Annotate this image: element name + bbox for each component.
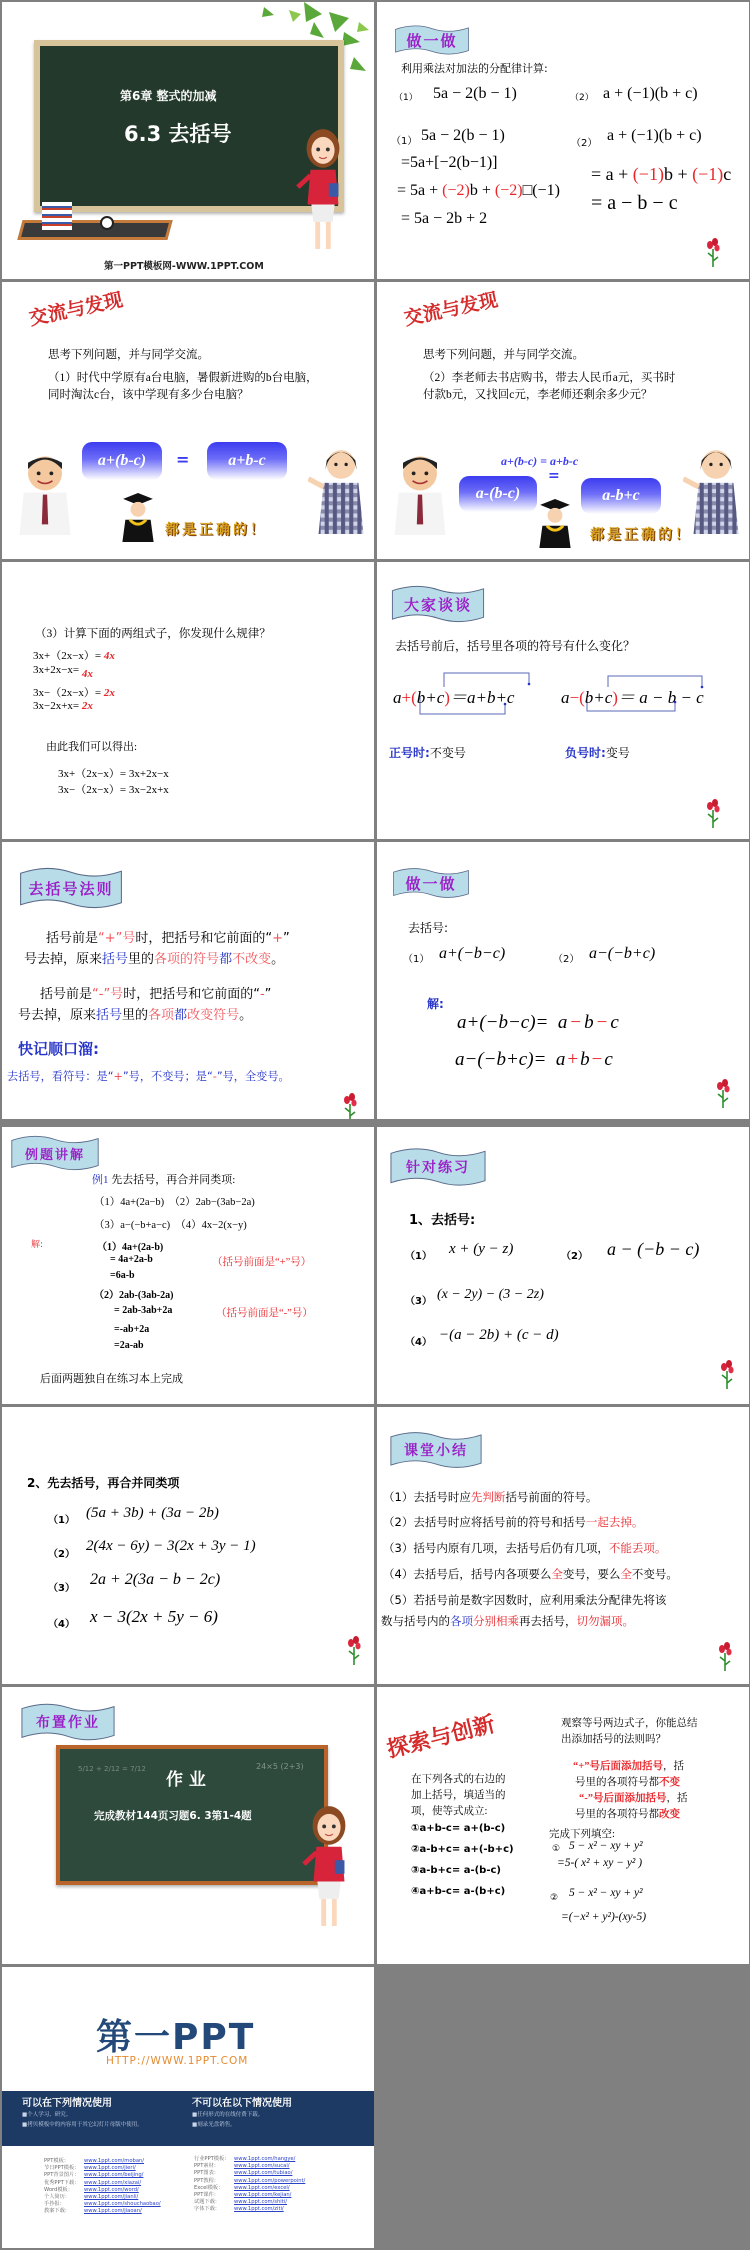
chapter-title: 第6章 整式的加减 [120, 87, 217, 104]
answer-2-line-1: = a + (−1)b + (−1)c [591, 164, 731, 185]
logo: 第一PPT [96, 2009, 255, 2060]
answer-1: a+(−b−c)= a−b−c [457, 1012, 619, 1034]
slide-practice-distributive[interactable]: 做一做 利用乘法对加法的分配律计算: （1） 5a − 2(b − 1) （2）… [377, 2, 749, 279]
question-line-2: 同时淘汰c台，该中学现有多少台电脑？ [48, 386, 249, 402]
item-3-expr: 2a + 2(3a − b − 2c) [90, 1571, 220, 1589]
question-line-2: 付款b元，又找回c元，李老师还剩余多少元？ [423, 386, 652, 402]
item-2-label: （2） [561, 1247, 588, 1262]
question-2: a−(−b+c) [589, 945, 655, 963]
summary-point-5-line-1: （5）若括号前是数字因数时，应利用乘法分配律先将该 [383, 1592, 666, 1608]
example-items-row-1: （1）4a+(2a−b) （2）2ab−(3ab−2a) [94, 1194, 255, 1209]
fill-in-title: 完成下列填空: [549, 1826, 615, 1841]
tulip-icon [342, 1092, 358, 1119]
speech-bubble-left: a+(b-c) [82, 442, 162, 480]
slide-practice-remove[interactable]: 做一做 去括号: （1） a+(−b−c) （2） a−(−b+c) 解: a+… [377, 842, 749, 1119]
tulip-icon [705, 237, 721, 269]
summary-point-5-line-2: 数与括号内的各项分别相乘再去括号，切勿漏项。 [381, 1613, 634, 1629]
add-bracket-rule-1-line-1: “+”号后面添加括号，括 [573, 1758, 684, 1773]
fill-2-label: ② [550, 1893, 558, 1903]
item-4-label: （4） [405, 1333, 432, 1348]
board-assignment: 完成教材144页习题6. 3第1-4题 [94, 1808, 252, 1823]
item-4-expr: −(a − 2b) + (c − d) [439, 1327, 559, 1344]
links-left: PPT模板：www.1ppt.com/moban/ 节日PPT模板：www.1p… [44, 2158, 161, 2216]
speech-bubble-right: a-b+c [581, 478, 661, 514]
fill-1-line-2: =5-( x² + xy − y² ) [557, 1857, 642, 1869]
add-bracket-rule-1-line-2: 号里的各项符号都不变 [575, 1774, 680, 1789]
slide-discussion[interactable]: 大家谈谈 去括号前后，括号里各项的符号有什么变化？ a+(b+c)＝a+b+c … [377, 562, 749, 839]
item-2-label: （2） [48, 1545, 75, 1560]
item-1-expr: x + (y − z) [449, 1241, 513, 1258]
equation-4: ④a+b-c= a-(b+c) [411, 1886, 505, 1897]
item-1-label: （1） [48, 1511, 75, 1526]
can-use-title: 可以在下列情况使用 [22, 2094, 112, 2109]
footer-website: 第一PPT模板网-WWW.1PPT.COM [104, 258, 264, 272]
solution-label: 解: [31, 1237, 43, 1250]
mnemonic-title: 快记顺口溜: [18, 1038, 99, 1059]
link-row[interactable]: PPT背景图片：www.1ppt.com/beijing/ [44, 2172, 161, 2179]
all-correct-text: 都是正确的！ [165, 519, 267, 539]
can-use-item-1: ■个人学习、研究。 [22, 2110, 71, 2118]
answer-2: a−(−b+c)= a+b−c [455, 1049, 613, 1071]
observe-line-2: 出添加括号的法则吗？ [561, 1731, 666, 1746]
link-row[interactable]: PPT教程：www.1ppt.com/powerpoint/ [194, 2178, 305, 2185]
empty-grid-cell [377, 1967, 750, 2250]
question-1-label: （1） [403, 950, 429, 965]
solution-2-line-2: = 2ab-3ab+2a [114, 1305, 172, 1316]
question-1: a+(−b−c) [439, 945, 505, 963]
tulip-icon [719, 1359, 735, 1391]
question-text: （3）计算下面的两组式子，你发现什么规律？ [35, 625, 271, 641]
conclusion-text: 由此我们可以得出: [46, 738, 137, 754]
banner-example: 例题讲解 [9, 1135, 101, 1171]
summary-point-4: （4）去括号后，括号内各项要么全变号，要么全不变号。 [383, 1566, 678, 1582]
expr-row-3: 3x−（2x−x）= 2x [33, 684, 115, 700]
question-text: 去括号前后，括号里各项的符号有什么变化？ [395, 637, 635, 654]
item-3-expr: (x − 2y) − (3 − 2z) [437, 1287, 544, 1303]
rule-plus-line-1: 括号前是“+”号时，把括号和它前面的“+” [46, 927, 290, 946]
rule-minus-line-1: 括号前是“-”号时，把括号和它前面的“-” [40, 983, 271, 1002]
teacher-illustration [300, 1797, 358, 1937]
item-1-expr: (5a + 3b) + (3a − 2b) [86, 1505, 219, 1522]
question-line-1: （1）时代中学原有a台电脑，暑假新进购的b台电脑， [48, 369, 318, 385]
solution-1-line-2: = 4a+2a-b [110, 1254, 153, 1265]
slide-rules[interactable]: 去括号法则 括号前是“+”号时，把括号和它前面的“+” 号去掉，原来括号里的各项… [2, 842, 374, 1119]
links-right: 行业PPT模板：www.1ppt.com/hangye/ PPT素材：www.1… [194, 2156, 305, 2214]
graduate-illustration [529, 496, 581, 548]
cannot-use-title: 不可以在以下情况使用 [192, 2094, 292, 2109]
solution-2-line-1: （2）2ab-(3ab-2a) [94, 1286, 173, 1301]
teacher-illustration [294, 120, 352, 260]
equals-sign: = [548, 468, 560, 484]
answer-2-line-2: = a − b − c [591, 192, 678, 215]
all-correct-text: 都是正确的！ [590, 524, 692, 544]
tulip-icon [717, 1641, 733, 1673]
equation-plus: a+(b+c)＝a+b+c [393, 683, 514, 708]
answer-2-line-0: a + (−1)(b + c) [607, 127, 702, 145]
solution-2-line-4: =2a-ab [114, 1340, 144, 1351]
boy-illustration [10, 450, 80, 535]
link-row[interactable]: PPT图表：www.1ppt.com/tubiao/ [194, 2170, 305, 2177]
girl-illustration [308, 444, 370, 536]
intro-text: 思考下列问题，并与同学交流。 [423, 346, 584, 362]
question-1: 5a − 2(b − 1) [433, 85, 517, 103]
example-items-row-2: （3）a−(−b+a−c) （4）4x−2(x−y) [94, 1217, 247, 1232]
speech-bubble-left: a-(b-c) [459, 476, 537, 512]
answer-1-line-0: 5a − 2(b − 1) [421, 127, 505, 145]
link-row[interactable]: Word模板：www.1ppt.com/word/ [44, 2187, 161, 2194]
intro-line-3: 项，使等式成立: [411, 1803, 487, 1818]
item-4-expr: x − 3(2x + 5y − 6) [90, 1607, 218, 1627]
summary-point-1: （1）去括号时应先判断括号前面的符号。 [383, 1489, 597, 1505]
answer-1-line-3: = 5a − 2b + 2 [401, 210, 487, 228]
fill-2-line-1: 5 − x² − xy + y² [569, 1887, 643, 1899]
expr-row-1: 3x+（2x−x）= 4x [33, 647, 115, 663]
fill-1-line-1: 5 − x² − xy + y² [569, 1840, 643, 1852]
section-heading: 探索与创新 [384, 1707, 498, 1764]
banner-targeted-practice: 针对练习 [389, 1147, 487, 1187]
link-row[interactable]: 优秀PPT下载：www.1ppt.com/xiazai/ [44, 2180, 161, 2187]
question-1-label: （1） [394, 90, 418, 103]
desk-books-decoration [20, 202, 170, 244]
banner-practice: 做一做 [394, 19, 470, 61]
intro-line-1: 在下列各式的右边的 [411, 1771, 506, 1786]
mnemonic-text: 去括号，看符号：是“+”号，不变号；是“-”号，全变号。 [7, 1068, 290, 1084]
section-heading: 交流与发现 [401, 285, 500, 331]
equation-3: ③a-b+c= a-(b-c) [411, 1865, 501, 1876]
question-2-label: （2） [553, 950, 579, 965]
exercise-title: 1、去括号: [409, 1209, 475, 1228]
item-3-label: （3） [405, 1292, 432, 1307]
cannot-use-item-2: ■刻录光盘销售。 [192, 2120, 236, 2128]
solution-2-line-3: =-ab+2a [114, 1324, 149, 1335]
banner-rules: 去括号法则 [15, 867, 127, 909]
slide-homework[interactable]: 布置作业 5/12 + 2/12 = 7/12 24×5 (2+3) 作 业 完… [2, 1687, 374, 1964]
add-bracket-rule-2-line-2: 号里的各项符号都改变 [575, 1806, 680, 1821]
can-use-item-2: ■拷贝模板中的内容用于其它幻灯片母版中使用。 [22, 2120, 143, 2128]
rule-minus-line-2: 号去掉，原来括号里的各项都改变符号。 [18, 1004, 252, 1023]
item-2-expr: a − (−b − c) [607, 1239, 699, 1260]
slide-credits[interactable]: 第一PPT HTTP://WWW.1PPT.COM 可以在下列情况使用 ■个人学… [2, 1967, 374, 2248]
summary-point-3: （3）括号内原有几项，去括号后仍有几项，不能丢项。 [383, 1540, 666, 1556]
intro-line-2: 加上括号，填适当的 [411, 1787, 506, 1802]
slide-combine-terms[interactable]: 2、先去括号，再合并同类项 （1） (5a + 3b) + (3a − 2b) … [2, 1407, 374, 1684]
link-row[interactable]: 教案下载：www.1ppt.com/jiaoan/ [44, 2208, 161, 2215]
solution-1-line-3: =6a-b [110, 1270, 135, 1281]
tulip-icon [346, 1635, 362, 1667]
rule-plus-line-2: 号去掉，原来括号里的各项的符号都不改变。 [24, 948, 284, 967]
banner-practice: 做一做 [392, 862, 470, 904]
question-line-1: （2）李老师去书店购书，带去人民币a元，买书时 [423, 369, 675, 385]
homework-note: 后面两题独自在练习本上完成 [40, 1370, 183, 1386]
question-2: a + (−1)(b + c) [603, 85, 698, 103]
prompt-text: 去括号: [408, 919, 448, 936]
tulip-icon [705, 798, 721, 830]
slide-title[interactable]: 第6章 整式的加减 6.3 去括号 第一PPT模板网-WWW.1PPT.COM [2, 2, 374, 279]
cannot-use-item-1: ■任何形式的在线付费下载。 [192, 2110, 263, 2118]
add-bracket-rule-2-line-1: “-”号后面添加括号，括 [579, 1790, 688, 1805]
answer-1-line-2: = 5a + (−2)b + (−2)□(−1) [397, 182, 560, 200]
solution-2-note: （括号前面是“-”号） [216, 1305, 313, 1320]
answer-1-line-1: =5a+[−2(b−1)] [401, 154, 498, 172]
slide-grid: 第6章 整式的加减 6.3 去括号 第一PPT模板网-WWW.1PPT.COM … [0, 0, 750, 2250]
board-title: 作 业 [166, 1765, 206, 1790]
question-2-label: （2） [570, 90, 594, 103]
solution-label: 解: [427, 995, 444, 1012]
link-row[interactable]: Excel模板：www.1ppt.com/excel/ [194, 2185, 305, 2192]
answer-2-label: （2） [571, 134, 597, 149]
equation-1: ①a+b-c= a+(b-c) [411, 1823, 505, 1834]
girl-illustration [683, 444, 745, 536]
fill-1-label: ① [552, 1844, 560, 1854]
item-1-label: （1） [405, 1247, 432, 1262]
item-4-label: （4） [48, 1615, 75, 1630]
banner-homework: 布置作业 [20, 1701, 116, 1743]
slide-targeted-practice[interactable]: 针对练习 1、去括号: （1） x + (y − z) （2） a − (−b … [377, 1127, 749, 1404]
observe-line-1: 观察等号两边式子，你能总结 [561, 1715, 698, 1730]
slide-example[interactable]: 例题讲解 例1 先去括号，再合并同类项: （1）4a+(2a−b) （2）2ab… [2, 1127, 374, 1404]
result-1: 3x+（2x−x）= 3x+2x−x [58, 765, 169, 781]
item-3-label: （3） [48, 1579, 75, 1594]
intro-text: 思考下列问题，并与同学交流。 [48, 346, 209, 362]
negative-case: 负号时:变号 [565, 744, 630, 761]
chalk-math-right: 24×5 (2+3) [256, 1762, 304, 1771]
slide-discuss-2[interactable]: 交流与发现 思考下列问题，并与同学交流。 （2）李老师去书店购书，带去人民币a元… [377, 282, 749, 559]
banner-discussion: 大家谈谈 [389, 585, 487, 623]
solution-1-line-1: （1）4a+(2a-b) [97, 1238, 163, 1253]
summary-point-2: （2）去括号时应将括号前的符号和括号一起去掉。 [383, 1514, 643, 1530]
answer-1-label: （1） [391, 132, 417, 147]
equation-2: ②a-b+c= a+(-b+c) [411, 1844, 514, 1855]
expr-row-2: 3x+2x−x= 4x [33, 664, 93, 676]
exercise-title: 2、先去括号，再合并同类项 [27, 1474, 179, 1491]
fill-2-line-2: =(−x² + y²)-(xy-5) [561, 1911, 646, 1923]
banner-summary: 课堂小结 [389, 1429, 483, 1471]
slide-summary[interactable]: 课堂小结 （1）去括号时应先判断括号前面的符号。 （2）去括号时应将括号前的符号… [377, 1407, 749, 1684]
equals-sign: = [176, 450, 189, 469]
tulip-icon [715, 1078, 731, 1110]
result-2: 3x−（2x−x）= 3x−2x+x [58, 781, 169, 797]
slide-pattern[interactable]: （3）计算下面的两组式子，你发现什么规律？ 3x+（2x−x）= 4x 3x+2… [2, 562, 374, 839]
slide-discuss-1[interactable]: 交流与发现 思考下列问题，并与同学交流。 （1）时代中学原有a台电脑，暑假新进购… [2, 282, 374, 559]
solution-1-note: （括号前面是“+”号） [212, 1254, 311, 1269]
positive-case: 正号时:不变号 [389, 744, 466, 761]
logo-url[interactable]: HTTP://WWW.1PPT.COM [106, 2055, 248, 2067]
equation-minus: a−(b+c)＝ a − b − c [561, 683, 704, 708]
lesson-title: 6.3 去括号 [124, 118, 232, 148]
link-row[interactable]: 字体下载：www.1ppt.com/ziti/ [194, 2206, 305, 2213]
speech-bubble-right: a+b-c [207, 442, 287, 480]
prompt-text: 利用乘法对加法的分配律计算: [401, 60, 548, 76]
slide-explore[interactable]: 探索与创新 在下列各式的右边的 加上括号，填适当的 项，使等式成立: ①a+b-… [377, 1687, 749, 1964]
top-equation: a+(b-c) = a+b-c [501, 454, 578, 469]
item-2-expr: 2(4x − 6y) − 3(2x + 3y − 1) [86, 1538, 256, 1555]
boy-illustration [385, 450, 455, 535]
example-heading: 例1 先去括号，再合并同类项: [92, 1171, 235, 1187]
expr-row-4: 3x−2x+x= 2x [33, 700, 93, 712]
graduate-illustration [112, 490, 164, 542]
chalk-math-left: 5/12 + 2/12 = 7/12 [78, 1765, 146, 1773]
usage-band: 可以在下列情况使用 ■个人学习、研究。 ■拷贝模板中的内容用于其它幻灯片母版中使… [2, 2091, 374, 2146]
section-heading: 交流与发现 [26, 285, 125, 331]
